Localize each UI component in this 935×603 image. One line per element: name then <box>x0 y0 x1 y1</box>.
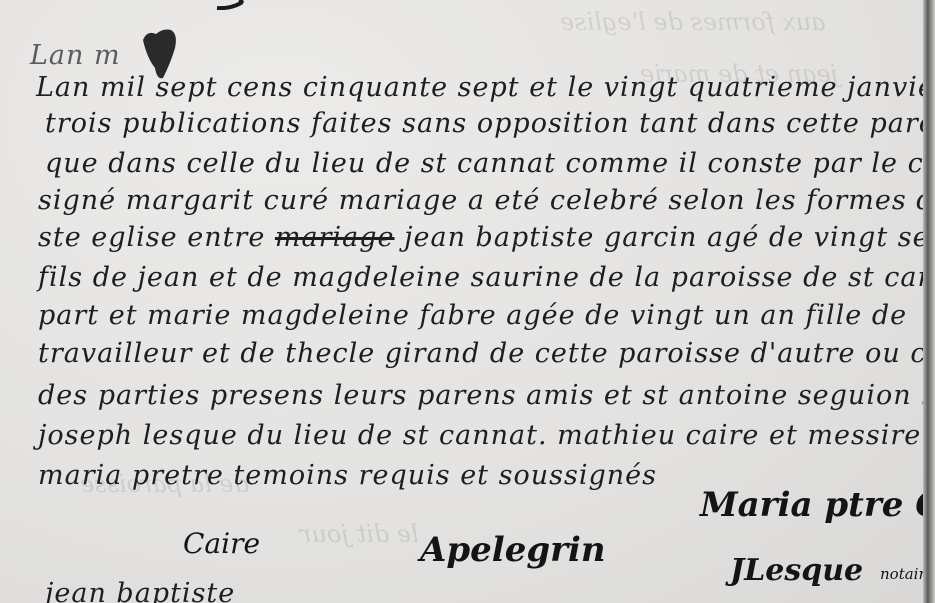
text-line-4: signé margarit curé mariage a eté celebr… <box>38 185 935 216</box>
text-line-11: maria pretre temoins requis et soussigné… <box>38 460 657 491</box>
text-line-10: joseph lesque du lieu de st cannat. math… <box>38 420 935 451</box>
text-line-8: travailleur et de thecle girand de cette… <box>38 338 935 369</box>
next-entry-start: jean baptiste <box>45 578 235 603</box>
ink-stroke-mark <box>215 0 245 10</box>
abandoned-line: Lan m <box>30 40 121 71</box>
struck-word: mariage <box>275 222 395 253</box>
signature-pelegrin: Apelegrin <box>420 530 606 570</box>
text-line-5-end: jean baptiste garcin agé de vingt sept <box>404 222 935 253</box>
signature-maria: Maria ptre Guion <box>700 485 935 525</box>
text-line-6: fils de jean et de magdeleine saurine de… <box>38 262 935 293</box>
text-line-2: trois publications faites sans oppositio… <box>45 108 935 139</box>
text-line-7: part et marie magdeleine fabre agée de v… <box>38 300 907 331</box>
text-line-5-start: ste eglise entre <box>38 222 265 253</box>
bleed-through-text: aux formes de l'eglise <box>560 8 826 36</box>
bleed-through-text: le dit jour <box>300 520 419 548</box>
signature-maria-text: Maria ptre <box>700 485 903 525</box>
text-line-9: des parties presens leurs parens amis et… <box>38 380 935 411</box>
manuscript-page: aux formes de l'eglise jean et de marie … <box>0 0 935 603</box>
text-line-1: Lan mil sept cens cinquante sept et le v… <box>36 72 935 103</box>
text-line-5: ste eglise entre mariage jean baptiste g… <box>38 222 935 253</box>
signature-lesque: JLesque <box>730 553 863 588</box>
text-line-3: que dans celle du lieu de st cannat comm… <box>45 148 935 179</box>
page-gutter <box>923 0 935 603</box>
signature-caire: Caire <box>183 527 260 560</box>
